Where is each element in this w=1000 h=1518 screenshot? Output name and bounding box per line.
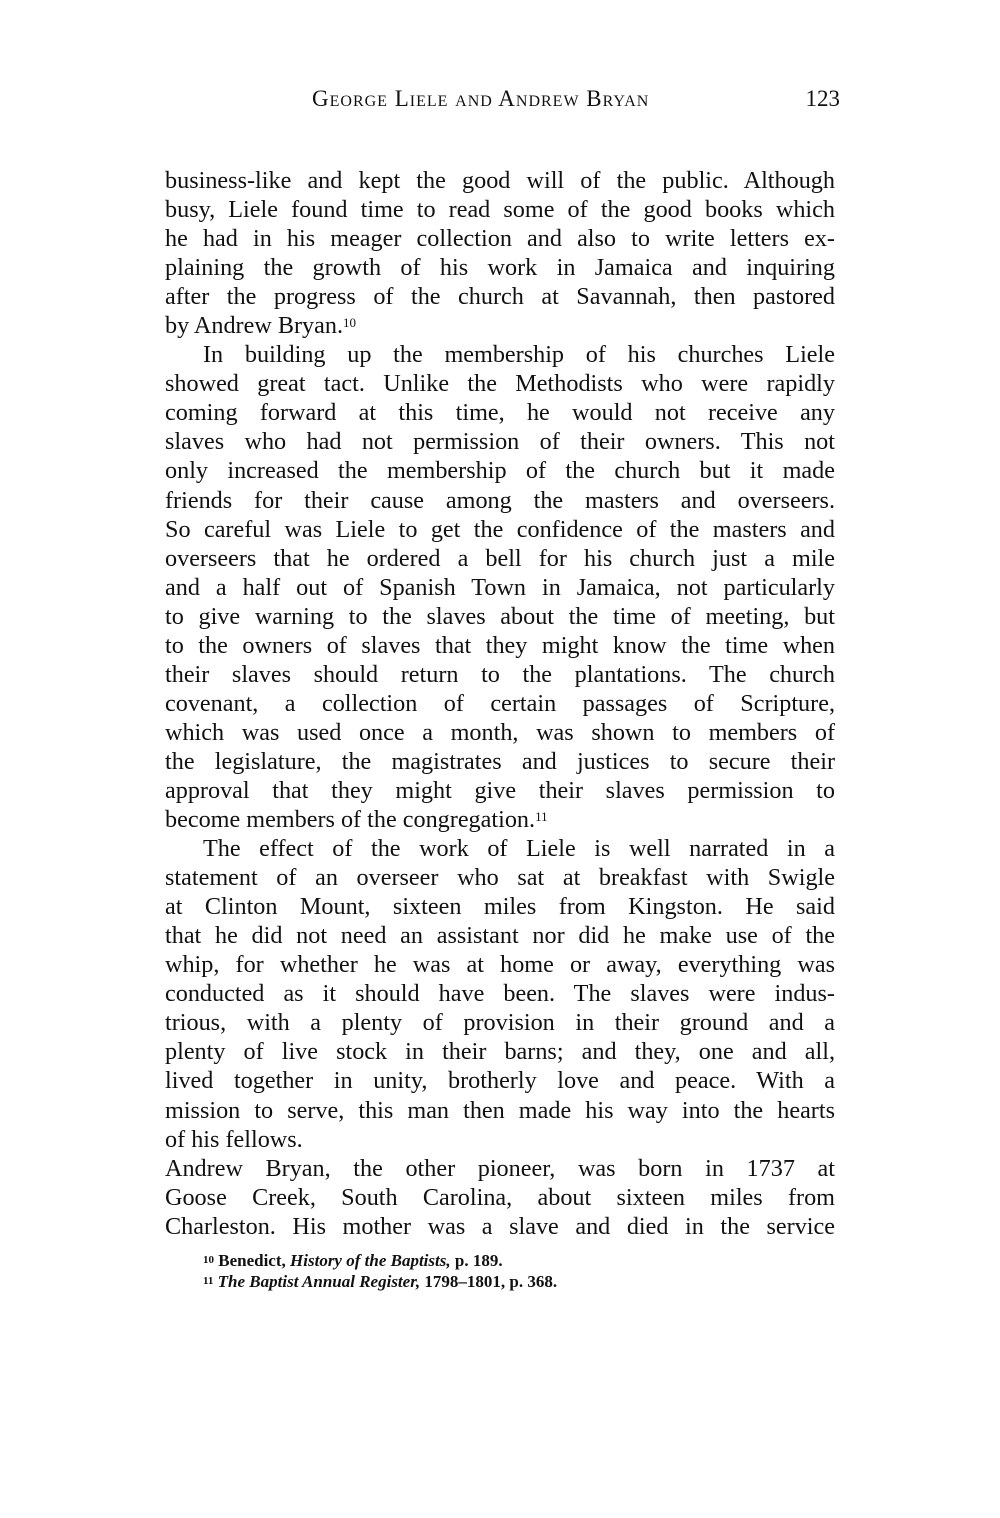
paragraph-4: Andrew Bryan, the other pioneer, was bor… (165, 1154, 835, 1241)
paragraph-1: business-like and kept the good will of … (165, 166, 835, 340)
text-line: to the owners of slaves that they might … (165, 631, 835, 660)
text-line: trious, with a plenty of provision in th… (165, 1008, 835, 1037)
text-line: Andrew Bryan, the other pioneer, was bor… (165, 1154, 835, 1183)
running-title: George Liele and Andrew Bryan (312, 86, 649, 112)
text-line: at Clinton Mount, sixteen miles from Kin… (165, 892, 835, 921)
text-line: business-like and kept the good will of … (165, 166, 835, 195)
text-line: slaves who had not permission of their o… (165, 427, 835, 456)
text-line: friends for their cause among the master… (165, 486, 835, 515)
text-line: to give warning to the slaves about the … (165, 602, 835, 631)
text-line: which was used once a month, was shown t… (165, 718, 835, 747)
text-line: plaining the growth of his work in Jamai… (165, 253, 835, 282)
text-line: The effect of the work of Liele is well … (165, 834, 835, 863)
footnotes: 10 Benedict, History of the Baptists, p.… (203, 1250, 823, 1292)
text-line-last: of his fellows. (165, 1125, 835, 1154)
text-line: covenant, a collection of certain passag… (165, 689, 835, 718)
text-line: that he did not need an assistant nor di… (165, 921, 835, 950)
page-number: 123 (806, 86, 841, 112)
paragraph-3: The effect of the work of Liele is well … (165, 834, 835, 1154)
running-head: George Liele and Andrew Bryan 123 (300, 86, 840, 116)
text-line: after the progress of the church at Sava… (165, 282, 835, 311)
footnote-11: 11 The Baptist Annual Register, 1798–180… (203, 1271, 823, 1292)
text-line: whip, for whether he was at home or away… (165, 950, 835, 979)
text-line: overseers that he ordered a bell for his… (165, 544, 835, 573)
text-line: busy, Liele found time to read some of t… (165, 195, 835, 224)
text-line: Charleston. His mother was a slave and d… (165, 1212, 835, 1241)
text-line: showed great tact. Unlike the Methodists… (165, 369, 835, 398)
text-line-last: become members of the congregation.11 (165, 805, 835, 834)
text-line: coming forward at this time, he would no… (165, 398, 835, 427)
text-line-last: by Andrew Bryan.10 (165, 311, 835, 340)
text-line: mission to serve, this man then made his… (165, 1096, 835, 1125)
text-line: Goose Creek, South Carolina, about sixte… (165, 1183, 835, 1212)
book-page: George Liele and Andrew Bryan 123 busine… (0, 0, 1000, 1518)
body-text: business-like and kept the good will of … (165, 166, 835, 1241)
footnote-ref-10: 10 (343, 315, 356, 330)
text-line: only increased the membership of the chu… (165, 456, 835, 485)
text-line: lived together in unity, brotherly love … (165, 1066, 835, 1095)
text-line: statement of an overseer who sat at brea… (165, 863, 835, 892)
text-line: conducted as it should have been. The sl… (165, 979, 835, 1008)
text-line: In building up the membership of his chu… (165, 340, 835, 369)
text-line: their slaves should return to the planta… (165, 660, 835, 689)
text-line: approval that they might give their slav… (165, 776, 835, 805)
text-line: plenty of live stock in their barns; and… (165, 1037, 835, 1066)
footnote-10: 10 Benedict, History of the Baptists, p.… (203, 1250, 823, 1271)
text-line: he had in his meager collection and also… (165, 224, 835, 253)
paragraph-2: In building up the membership of his chu… (165, 340, 835, 834)
text-line: and a half out of Spanish Town in Jamaic… (165, 573, 835, 602)
footnote-ref-11: 11 (535, 809, 548, 824)
text-line: So careful was Liele to get the confiden… (165, 515, 835, 544)
text-line: the legislature, the magistrates and jus… (165, 747, 835, 776)
